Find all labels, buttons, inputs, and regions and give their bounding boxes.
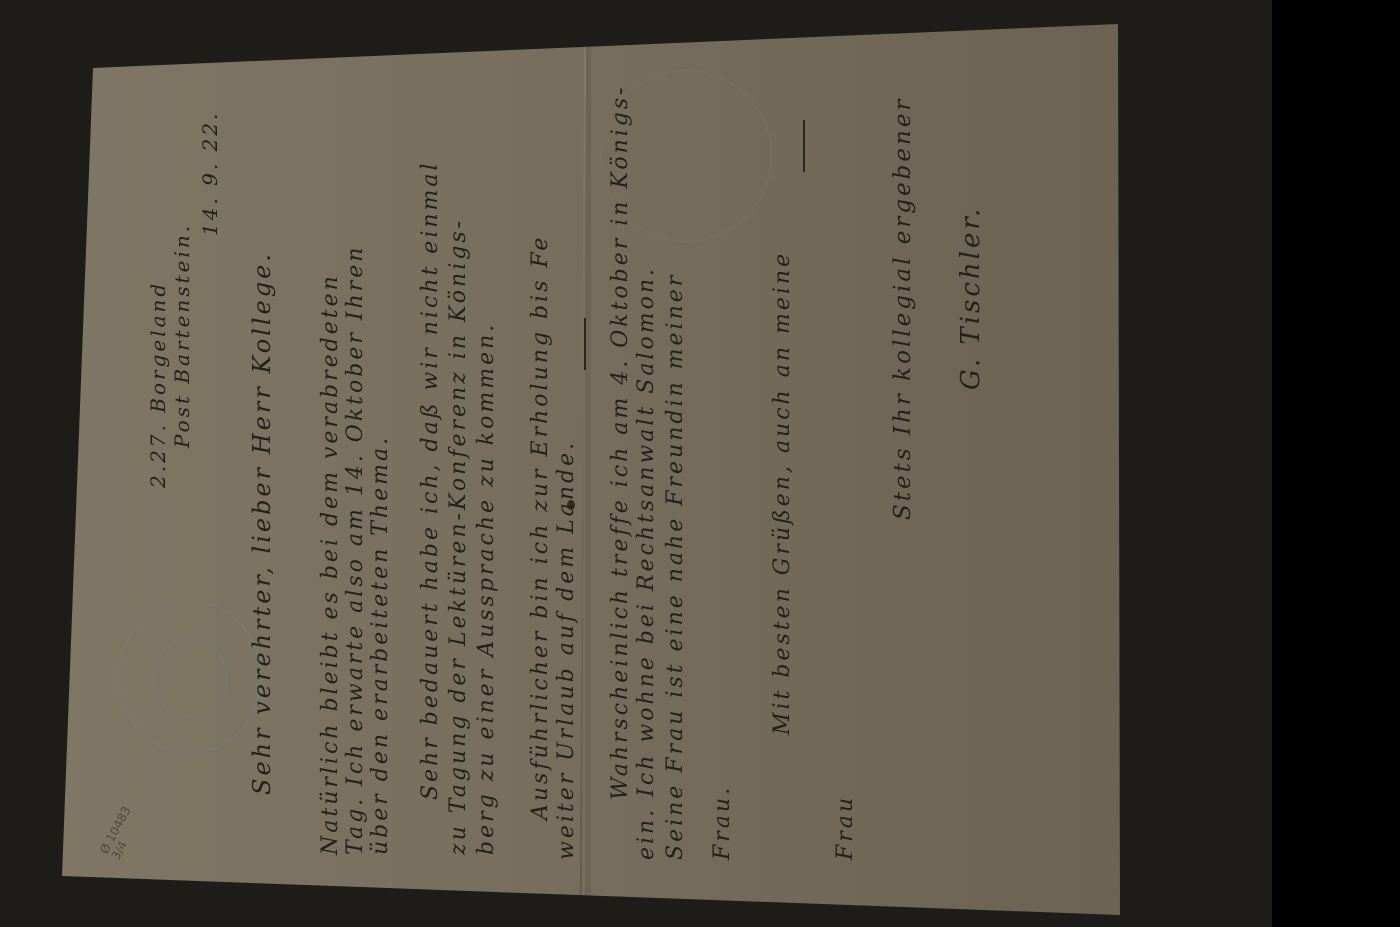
faded-stamp-icon [118, 600, 262, 754]
header-post: Post Bartenstein. [172, 223, 192, 448]
underline [803, 120, 805, 172]
signature: G. Tischler. [958, 206, 984, 390]
body-line: ein. Ich wohne bei Rechtsanwalt Salomon. [636, 266, 658, 860]
body-line: Frau. [712, 785, 734, 860]
body-line: über den erarbeiteten Thema. [370, 435, 392, 855]
fold-shadow [585, 30, 591, 900]
body-line: Tag. Ich erwarte also am 14. Oktober Ihr… [345, 245, 367, 855]
pencil-archive-annotation: Ø 10483 3/4 [98, 805, 145, 863]
body-line: Frau [835, 795, 857, 860]
body-line: Sehr bedauert habe ich, daß wir nicht ei… [420, 160, 442, 800]
underline [584, 318, 586, 370]
black-margin-strip [1272, 0, 1400, 927]
body-line: Wahrscheinlich treffe ich am 4. Oktober … [610, 84, 632, 800]
body-line: Seine Frau ist eine nahe Freundin meiner [665, 273, 687, 860]
body-line: Mit besten Grüßen, auch an meine [772, 251, 794, 735]
body-line: Ausführlicher bin ich zur Erholung bis F… [530, 235, 552, 820]
body-line: zu Tagung der Lektüren-Konferenz in Köni… [448, 218, 470, 855]
closing-line: Stets Ihr kollegial ergebener [892, 97, 915, 520]
body-line: weiter Urlaub auf dem Lande. [556, 440, 578, 860]
header-place: 2.27. Borgeland [148, 281, 168, 488]
header-date: 14. 9. 22. [200, 111, 220, 236]
body-line: berg zu einer Aussprache zu kommen. [476, 322, 498, 855]
body-line: Natürlich bleibt es bei dem verabredeten [320, 273, 342, 855]
salutation: Sehr verehrter, lieber Herr Kollege. [250, 251, 274, 795]
